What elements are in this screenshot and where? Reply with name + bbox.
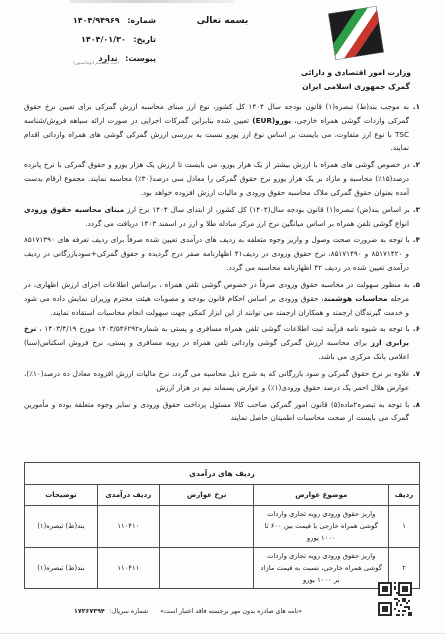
table-header-cell: توضیحات	[25, 485, 98, 506]
ministry-name: وزارت امور اقتصادی و دارائی	[285, 66, 427, 80]
paragraph: ۳. بر اساس بند(ض) تبصره(۱) قانون بودجه س…	[24, 203, 420, 231]
income-table-body: ۱واریز حقوق ورودی رویه تجاری واردات گوشی…	[25, 506, 420, 589]
table-header-cell: ردیف درآمدی	[97, 485, 159, 506]
serial-number: شماره سریال: ۱۷۲۶۷۳۹۴	[74, 608, 148, 615]
table-cell-rate	[159, 506, 254, 548]
iran-flag-diagonal-emblem	[329, 7, 384, 60]
table-cell-income_row: ۱۱۰۴۱۱	[97, 547, 159, 589]
letter-page: شماره: ۱۴۰۴/۹۴۹۶۹ تاریخ: ۱۴۰۴/۰۱/۳۰ پیوس…	[0, 0, 445, 640]
table-row: ۱واریز حقوق ورودی رویه تجاری واردات گوشی…	[25, 506, 420, 548]
scan-smudge	[70, 0, 235, 3]
date-value: ۱۴۰۴/۰۱/۳۰	[81, 35, 126, 44]
paragraph: ۸. با توجه به تبصره۲ماده(۵) قانون امور گ…	[24, 398, 420, 426]
table-title: ردیف های درآمدی	[25, 463, 420, 485]
table-header-cell: ردیف	[389, 485, 420, 506]
footer-note-line: «نامه های صادره بدون مهر برجسته فاقد اعت…	[52, 608, 302, 615]
income-table-header-row: ردیفموضوع عوارضنرخ عوارضردیف درآمدیتوضیح…	[25, 485, 420, 506]
bottom-divider	[0, 633, 445, 634]
paragraph: ۴. با توجه به ضرورت صحت وصول و واریز وجو…	[24, 233, 420, 274]
table-cell-income_row: ۱۱۰۴۱۰	[97, 506, 159, 548]
date-label: تاریخ:	[133, 35, 156, 44]
income-table-wrap: ردیف های درآمدی ردیفموضوع عوارضنرخ عوارض…	[24, 462, 420, 589]
paragraph: ۵. به منظور سهولت در محاسبه حقوق ورودی ص…	[24, 278, 420, 319]
letterhead: وزارت امور اقتصادی و دارائی گمرک جمهوری …	[285, 8, 427, 95]
table-row: ۲واریز حقوق ورودی رویه تجاری واردات گوشی…	[25, 547, 420, 589]
paragraph: ۷. علاوه بر نرخ حقوق گمرکی و سود بازرگان…	[24, 367, 420, 395]
qr-code	[378, 582, 412, 616]
letter-date: تاریخ: ۱۴۰۴/۰۱/۳۰	[6, 35, 156, 44]
paragraph: ۶. با توجه به شیوه نامه فرآیند ثبت اطلاع…	[24, 322, 420, 363]
serial-value: ۱۷۲۶۷۳۹۴	[74, 608, 105, 615]
attachment-label: پیوست:	[125, 54, 156, 63]
body-paragraphs: ۱. به موجب بند(ط) تبصره(۱) قانون بودجه س…	[24, 100, 420, 428]
table-cell-notes: بند(ط) تبصره(۱)	[25, 506, 98, 548]
customs-logo-icon	[328, 10, 384, 60]
table-header-cell: نرخ عوارض	[159, 485, 254, 506]
customs-name: گمرک جمهوری اسلامی ایران	[285, 80, 427, 94]
table-title-row: ردیف های درآمدی	[25, 463, 420, 485]
paragraph: ۲. در خصوص گوشی های همراه با ارزش بیشتر …	[24, 158, 420, 199]
table-cell-rate	[159, 547, 254, 589]
table-cell-subject: واریز حقوق ورودی رویه تجاری واردات گوشی …	[254, 547, 389, 589]
income-table: ردیف های درآمدی ردیفموضوع عوارضنرخ عوارض…	[24, 462, 420, 589]
paragraph: ۱. به موجب بند(ط) تبصره(۱) قانون بودجه س…	[24, 100, 420, 155]
serial-label: شماره سریال:	[110, 608, 148, 615]
table-cell-subject: واریز حقوق ورودی رویه تجاری واردات گوشی …	[254, 506, 389, 548]
validity-note: «نامه های صادره بدون مهر برجسته فاقد اعت…	[160, 608, 302, 615]
table-cell-notes: بند(ط) تبصره(۱)	[25, 547, 98, 589]
table-header-cell: موضوع عوارض	[254, 485, 389, 506]
table-cell-row: ۱	[389, 506, 420, 548]
